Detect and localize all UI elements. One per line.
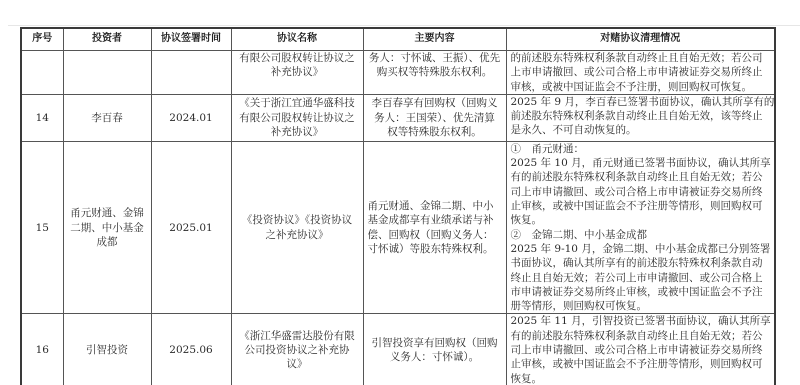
top-divider	[8, 25, 800, 26]
cell-main-content: 李百春享有回购权（回购义 务人：王国荣）、优先清算 权等特殊股东权利。	[363, 94, 506, 141]
cell-agreement-name: 《投资协议》《投资协议 之补充协议》	[231, 141, 363, 314]
cell-agreement-name: 《关于浙江宜通华盛科技 有限公司股权转让协议之 补充协议》	[231, 94, 363, 141]
cell-investor	[63, 51, 151, 95]
cell-main-content: 引智投资享有回购权（回购 义务人：寸怀诚）。	[363, 314, 506, 385]
table-row: 16 引智投资 2025.06 《浙江华盛雷达股份有限 公司投资协议之补充协 议…	[21, 314, 775, 385]
cell-main-content: 务人：寸怀诚、王振）、优先 购买权等特殊股东权利。	[363, 51, 506, 95]
cell-index: 14	[21, 94, 63, 141]
cell-clearance-status: 2025 年 11 月，引智投资已签署书面协议，确认其所享 有的前述股东特殊权利…	[506, 314, 775, 385]
cell-investor: 引智投资	[63, 314, 151, 385]
cell-sign-date: 2025.01	[151, 141, 231, 314]
cell-main-content: 甬元财通、金锦二期、中小 基金成都享有业绩承诺与补 偿、回购权（回购义务人： 寸…	[363, 141, 506, 314]
header-sign-date: 协议签署时间	[151, 28, 231, 51]
cell-index	[21, 51, 63, 95]
cell-sign-date	[151, 51, 231, 95]
table-row: 15 甬元财通、金锦 二期、中小基金 成都 2025.01 《投资协议》《投资协…	[21, 141, 775, 314]
cell-sign-date: 2025.06	[151, 314, 231, 385]
table-header-row: 序号 投资者 协议签署时间 协议名称 主要内容 对赌协议清理情况	[21, 28, 775, 51]
cell-index: 16	[21, 314, 63, 385]
cell-index: 15	[21, 141, 63, 314]
page-top-margin	[0, 0, 800, 26]
cell-clearance-status: 的前述股东特殊权利条款自动终止且自始无效；若公司 上市申请撤回、或公司合格上市申…	[506, 51, 775, 95]
cell-investor: 甬元财通、金锦 二期、中小基金 成都	[63, 141, 151, 314]
cell-sign-date: 2024.01	[151, 94, 231, 141]
cell-clearance-status: 2025 年 9 月，李百春已签署书面协议，确认其所享有的 前述股东特殊权利条款…	[506, 94, 775, 141]
cell-investor: 李百春	[63, 94, 151, 141]
cell-clearance-status: ① 甬元财通： 2025 年 10 月，甬元财通已签署书面协议，确认其所享 有的…	[506, 141, 775, 314]
header-clearance-status: 对赌协议清理情况	[506, 28, 775, 51]
header-investor: 投资者	[63, 28, 151, 51]
cell-agreement-name: 有限公司股权转让协议之 补充协议》	[231, 51, 363, 95]
header-index: 序号	[21, 28, 63, 51]
table-row: 14 李百春 2024.01 《关于浙江宜通华盛科技 有限公司股权转让协议之 补…	[21, 94, 775, 141]
header-main-content: 主要内容	[363, 28, 506, 51]
table-row: 有限公司股权转让协议之 补充协议》 务人：寸怀诚、王振）、优先 购买权等特殊股东…	[21, 51, 775, 95]
vam-agreement-table: 序号 投资者 协议签署时间 协议名称 主要内容 对赌协议清理情况 有限公司股权转…	[20, 27, 776, 385]
cell-agreement-name: 《浙江华盛雷达股份有限 公司投资协议之补充协 议》	[231, 314, 363, 385]
header-agreement-name: 协议名称	[231, 28, 363, 51]
